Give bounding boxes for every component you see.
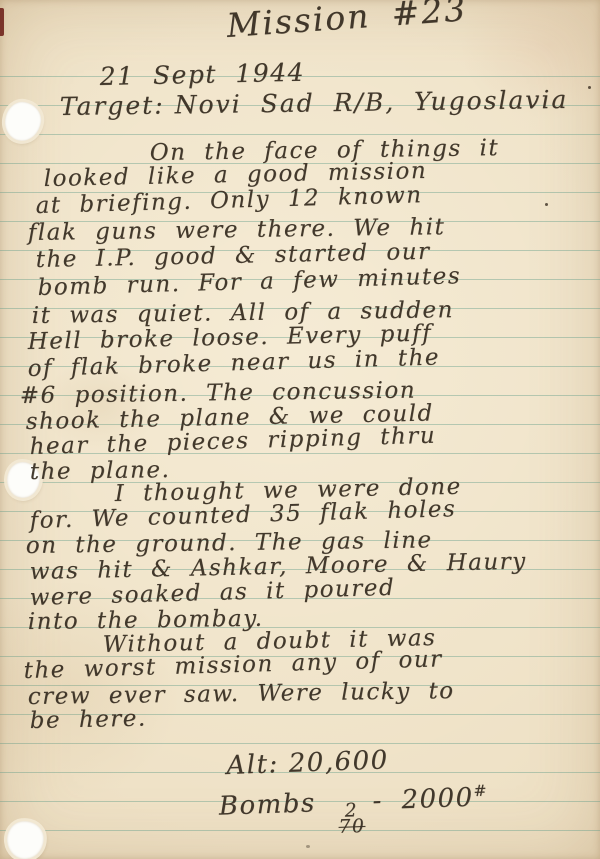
- punch-hole: [5, 819, 46, 859]
- mission-target: Target:Novi Sad R/B, Yugoslavia: [60, 85, 569, 121]
- red-edge-mark: [0, 8, 4, 36]
- page-title: Mission #23: [225, 0, 468, 45]
- altitude-label: Alt:: [226, 749, 279, 781]
- target-value: Novi Sad R/B, Yugoslavia: [174, 85, 568, 119]
- bombs-correction-fraction: 270: [338, 803, 366, 836]
- punch-hole: [2, 100, 43, 144]
- ink-speck: [588, 86, 591, 89]
- altitude-line: Alt:20,600: [226, 745, 389, 781]
- pound-sign: #: [473, 782, 488, 800]
- notebook-page: Mission #23 21 Sept 1944 Target:Novi Sad…: [0, 0, 600, 859]
- bombs-label: Bombs: [218, 788, 316, 821]
- handwritten-line: crew ever saw. Were lucky to: [28, 678, 455, 710]
- altitude-value: 20,600: [288, 745, 389, 778]
- mission-date: 21 Sept 1944: [99, 58, 305, 91]
- bombs-struck-count: 70: [338, 818, 365, 835]
- bombs-weight: - 2000: [372, 783, 474, 817]
- target-label: Target:: [60, 91, 165, 121]
- bombs-line: Bombs270- 2000#: [218, 782, 489, 840]
- handwritten-line: be here.: [29, 706, 147, 734]
- ink-speck: [545, 203, 548, 206]
- ink-speck: [306, 845, 310, 848]
